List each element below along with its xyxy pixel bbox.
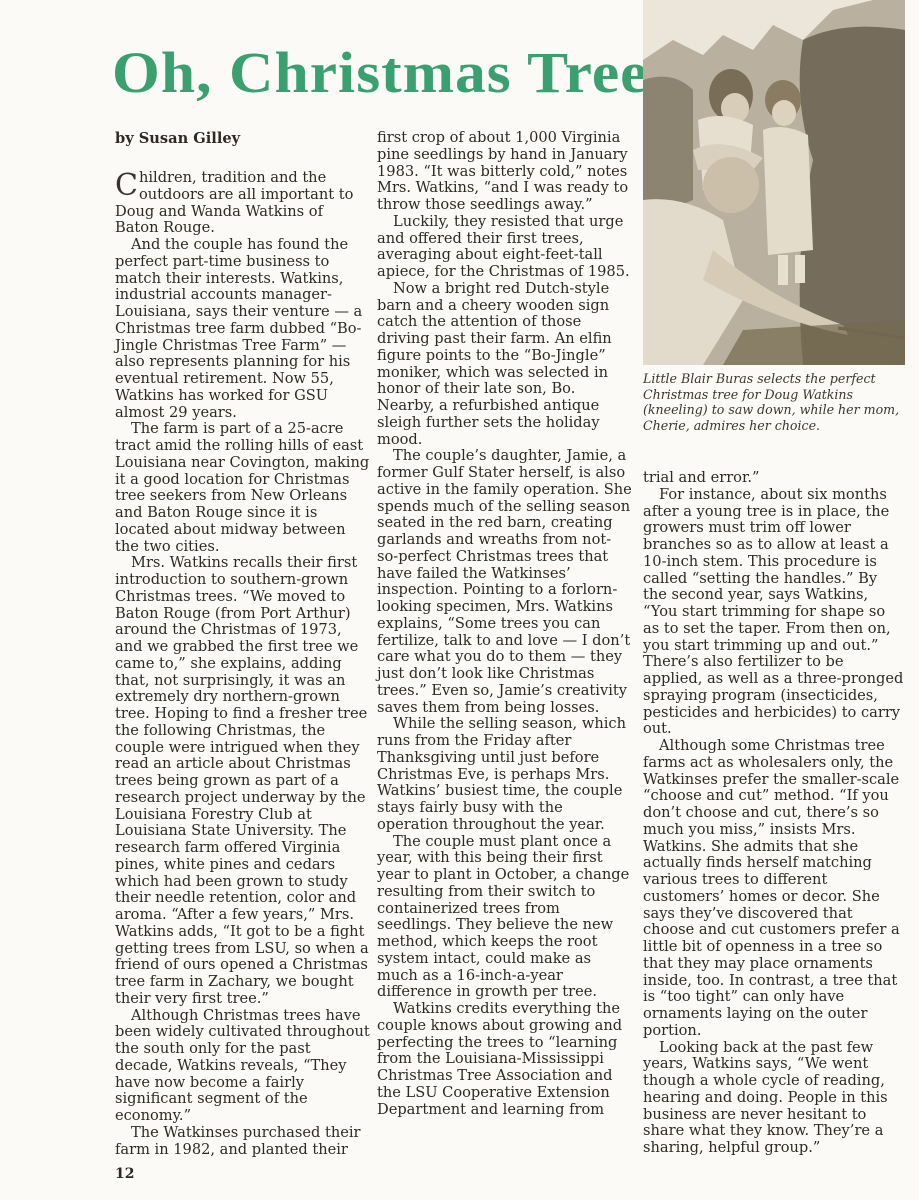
paragraph: Mrs. Watkins recalls their first introdu… <box>115 555 370 1007</box>
paragraph: While the selling season, which runs fro… <box>377 716 632 833</box>
photo-caption: Little Blair Buras selects the perfect C… <box>643 371 905 433</box>
paragraph: Luckily, they resisted that urge and off… <box>377 214 632 281</box>
paragraph: Although some Christmas tree farms act a… <box>643 738 905 1040</box>
paragraph: Looking back at the past few years, Watk… <box>643 1040 905 1157</box>
photo-image <box>643 0 905 365</box>
page-number: 12 <box>115 1166 134 1182</box>
paragraph: For instance, about six months after a y… <box>643 487 905 738</box>
paragraph: Now a bright red Dutch-style barn and a … <box>377 281 632 449</box>
paragraph: The Watkinses purchased their farm in 19… <box>115 1125 370 1159</box>
article-photo <box>643 0 905 365</box>
drop-cap: C <box>115 172 138 200</box>
paragraph: The farm is part of a 25-acre tract amid… <box>115 421 370 555</box>
paragraph: The couple’s daughter, Jamie, a former G… <box>377 448 632 716</box>
paragraph: Watkins credits everything the couple kn… <box>377 1001 632 1118</box>
paragraph: Although Christmas trees have been widel… <box>115 1008 370 1125</box>
article-column-3: trial and error.” For instance, about si… <box>643 470 905 1157</box>
article-column-2: first crop of about 1,000 Virginia pine … <box>377 130 632 1118</box>
article-column-1: by Susan Gilley Children, tradition and … <box>115 130 370 1158</box>
paragraph: first crop of about 1,000 Virginia pine … <box>377 130 632 214</box>
paragraph: And the couple has found the perfect par… <box>115 237 370 421</box>
article-title: Oh, Christmas Trees! <box>112 40 695 106</box>
paragraph: Children, tradition and the outdoors are… <box>115 170 370 237</box>
paragraph: The couple must plant once a year, with … <box>377 834 632 1002</box>
paragraph: trial and error.” <box>643 470 905 487</box>
byline: by Susan Gilley <box>115 130 370 148</box>
